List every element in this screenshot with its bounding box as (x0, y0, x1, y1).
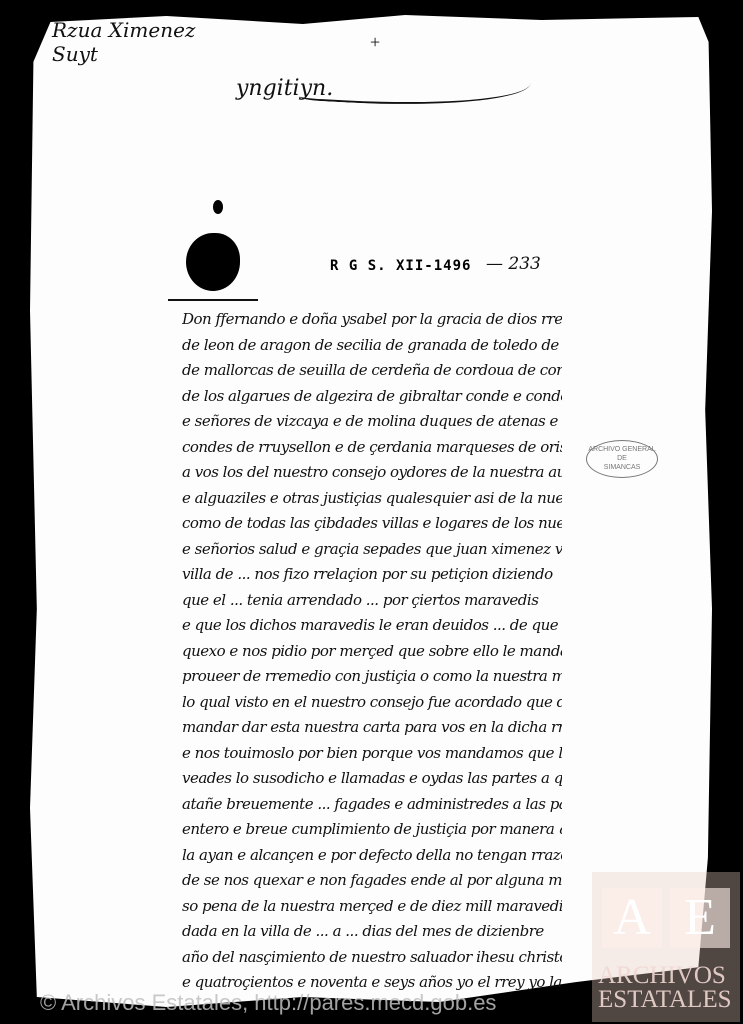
logo-letter-a: A (602, 888, 662, 948)
manuscript-body: Don ffernando e doña ysabel por la graci… (182, 310, 562, 999)
stamp-line-2: DE (587, 454, 657, 463)
margin-note: Rzua Ximenez Suyt (52, 18, 195, 66)
ink-blot (213, 200, 223, 214)
manuscript-line: que el ... tenia arrendado ... por çiert… (182, 591, 562, 617)
manuscript-line: dada en la villa de ... a ... dias del m… (182, 922, 562, 948)
manuscript-line: de leon de aragon de secilia de granada … (182, 336, 562, 362)
opening-stroke (168, 299, 258, 301)
wax-seal (186, 233, 240, 291)
manuscript-line: atañe breuemente ... fagades e administr… (182, 795, 562, 821)
folio-number: — 233 (486, 254, 541, 274)
manuscript-line: e alguaziles e otras justiçias qualesqui… (182, 489, 562, 515)
stamp-line-3: SIMANCAS (587, 463, 657, 472)
manuscript-line: e que los dichos maravedis le eran deuid… (182, 616, 562, 642)
margin-note-line-2: Suyt (52, 42, 195, 66)
manuscript-line: e señorios salud e graçia sepades que ju… (182, 540, 562, 566)
archive-stamp: ARCHIVO GENERAL DE SIMANCAS (586, 440, 658, 478)
manuscript-line: de se nos quexar e non fagades ende al p… (182, 871, 562, 897)
archivos-estatales-logo: A E ARCHIVOS ESTATALES (592, 872, 740, 1022)
manuscript-line: proueer de rremedio con justiçia o como … (182, 667, 562, 693)
margin-note-line-1: Rzua Ximenez (52, 18, 195, 42)
manuscript-line: como de todas las çibdades villas e loga… (182, 514, 562, 540)
archive-reference: R G S. XII-1496 (330, 258, 471, 274)
manuscript-line: villa de ... nos fizo rrelaçion por su p… (182, 565, 562, 591)
manuscript-line: entero e breue cumplimiento de justiçia … (182, 820, 562, 846)
manuscript-line: Don ffernando e doña ysabel por la graci… (182, 310, 562, 336)
stamp-line-1: ARCHIVO GENERAL (587, 445, 657, 454)
manuscript-line: de mallorcas de seuilla de cerdeña de co… (182, 361, 562, 387)
manuscript-line: a vos los del nuestro consejo oydores de… (182, 463, 562, 489)
cross-mark: + (370, 32, 380, 53)
manuscript-line: so pena de la nuestra merçed e de diez m… (182, 897, 562, 923)
logo-letter-e: E (670, 888, 730, 948)
manuscript-line: lo qual visto en el nuestro consejo fue … (182, 693, 562, 719)
manuscript-line: la ayan e alcançen e por defecto della n… (182, 846, 562, 872)
manuscript-line: mandar dar esta nuestra carta para vos e… (182, 718, 562, 744)
manuscript-line: e señores de vizcaya e de molina duques … (182, 412, 562, 438)
logo-text-archivos: ARCHIVOS (598, 964, 738, 988)
manuscript-line: quexo e nos pidio por merçed que sobre e… (182, 642, 562, 668)
manuscript-line: de los algarues de algezira de gibraltar… (182, 387, 562, 413)
manuscript-line: condes de rruysellon e de çerdania marqu… (182, 438, 562, 464)
manuscript-line: veades lo susodicho e llamadas e oydas l… (182, 769, 562, 795)
copyright-watermark: © Archivos Estatales, http://pares.mecd.… (40, 990, 496, 1016)
logo-text-estatales: ESTATALES (598, 988, 738, 1012)
manuscript-line: año del nasçimiento de nuestro saluador … (182, 948, 562, 974)
manuscript-line: e nos touimoslo por bien porque vos mand… (182, 744, 562, 770)
